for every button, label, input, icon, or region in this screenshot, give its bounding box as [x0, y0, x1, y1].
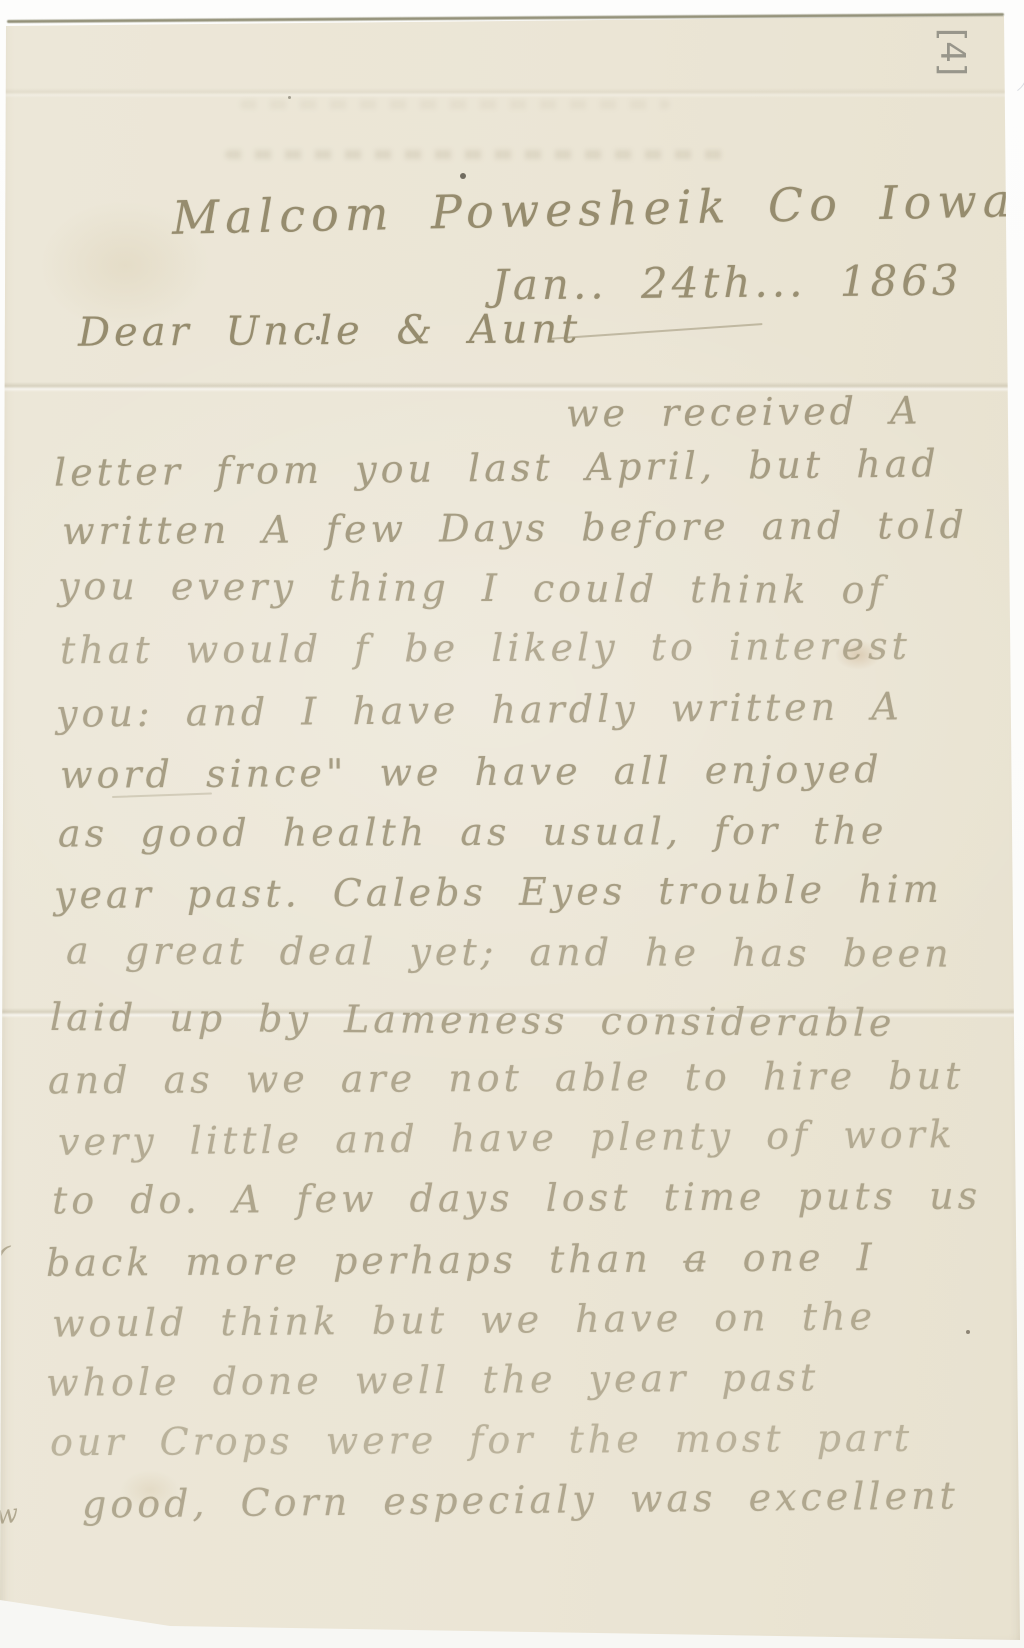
- salutation-line: Dear Uncle & Aunt: [78, 306, 582, 356]
- body-line: very little and have plenty of work: [58, 1112, 956, 1164]
- body-line: laid up by Lameness considerable: [50, 995, 896, 1045]
- ink-bleed-ghost-line: [240, 100, 670, 109]
- body-line: letter from you last April, but had: [54, 441, 940, 494]
- heading-date-line: Jan.. 24th... 1863: [492, 256, 963, 310]
- body-line: you: and I have hardly written A: [56, 684, 903, 735]
- body-line: a great deal yet; and he has been: [66, 928, 953, 975]
- ink-speck: [966, 1330, 970, 1334]
- body-line: would think but we have on the: [52, 1294, 876, 1345]
- body-line: as good health as usual, for the: [58, 809, 888, 856]
- ink-speck: [288, 96, 291, 99]
- body-line: word since" we have all enjoyed: [60, 747, 883, 797]
- margin-ink-mark: w: [0, 1499, 20, 1531]
- body-line: our Crops were for the most part: [50, 1416, 913, 1465]
- letter-page: [4] Malcom Powesheik Co Iowa Jan.. 24th.…: [0, 0, 1024, 1648]
- ink-speck: [460, 173, 466, 179]
- body-line: you every thing I could think of: [58, 564, 887, 612]
- body-line: year past. Calebs Eyes trouble him: [54, 867, 943, 917]
- heading-place-line: Malcom Powesheik Co Iowa: [172, 173, 1017, 245]
- body-line: to do. A few days lost time puts us: [52, 1174, 981, 1223]
- body-line: whole done well the year past: [46, 1355, 819, 1404]
- body-line: and as we are not able to hire but: [48, 1054, 965, 1103]
- body-line: back more perhaps than a̶ one I: [46, 1235, 876, 1285]
- ink-bleed-ghost-line: [225, 150, 735, 159]
- body-line: that would f be likely to interest: [60, 624, 911, 672]
- fold-crease-top: [0, 88, 1024, 98]
- margin-ink-mark: (: [0, 1237, 12, 1279]
- body-line: we received A: [566, 388, 922, 435]
- body-line: written A few Days before and told: [62, 503, 968, 553]
- body-line: good, Corn especialy was excellent: [82, 1473, 959, 1526]
- page-number-pencil: [4]: [928, 28, 972, 72]
